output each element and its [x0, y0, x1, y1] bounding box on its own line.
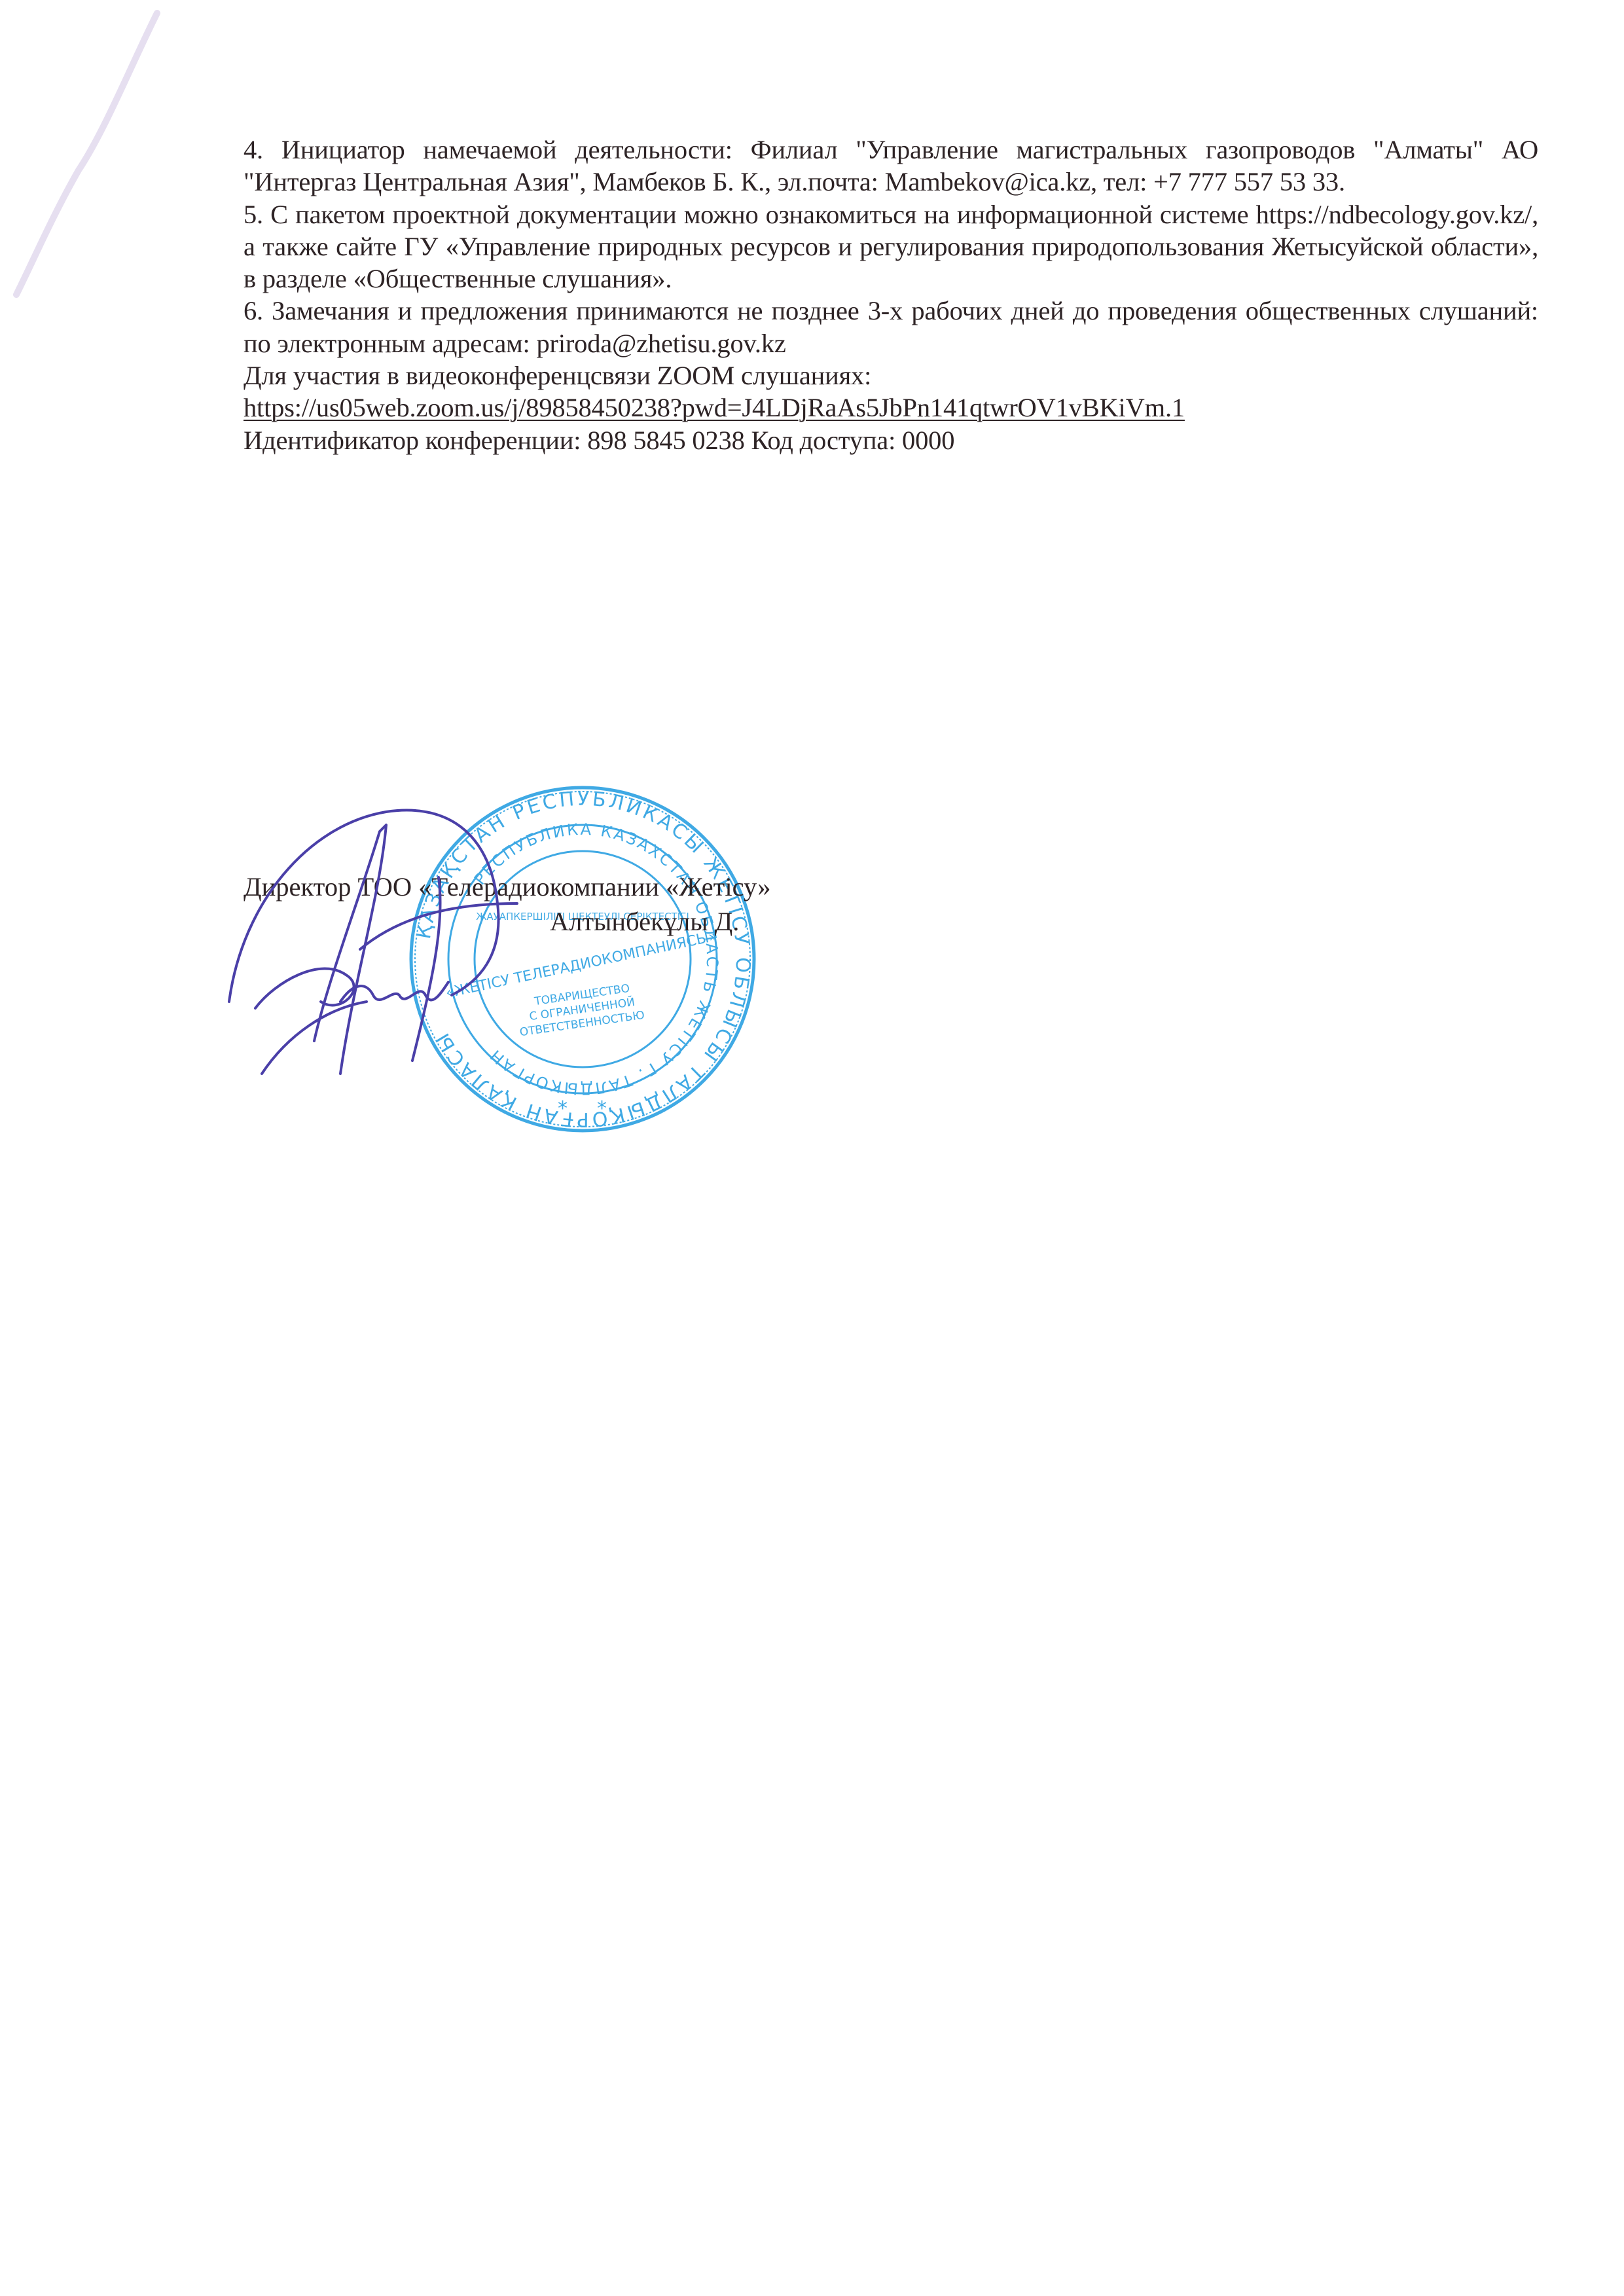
paragraph-documentation: 5. С пакетом проектной документации можн… [244, 198, 1538, 295]
handwritten-signature [216, 786, 583, 1087]
svg-text:*: * [597, 1097, 607, 1120]
svg-text:*: * [558, 1097, 568, 1120]
document-body: 4. Инициатор намечаемой деятельности: Фи… [244, 134, 1538, 456]
scan-fold-mark [0, 0, 196, 327]
zoom-link[interactable]: https://us05web.zoom.us/j/89858450238?pw… [244, 393, 1185, 422]
conference-info: Идентификатор конференции: 898 5845 0238… [244, 424, 1538, 456]
zoom-intro: Для участия в видеоконференцсвязи ZOOM с… [244, 359, 1538, 392]
paragraph-initiator: 4. Инициатор намечаемой деятельности: Фи… [244, 134, 1538, 198]
paragraph-comments: 6. Замечания и предложения принимаются н… [244, 295, 1538, 359]
